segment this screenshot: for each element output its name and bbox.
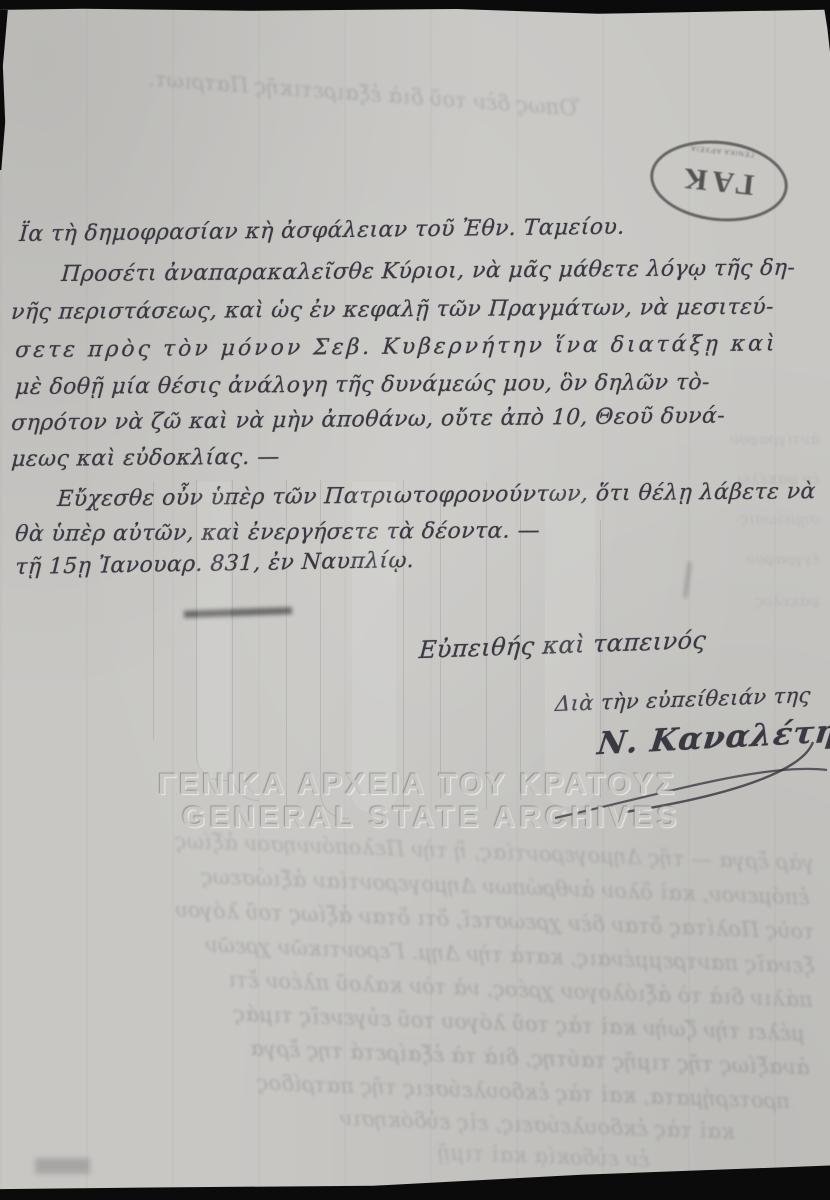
scanned-letter-page: Ὅπως δὲν τοῦ διὰ ἐξαιρετικῆς Πατριωτ. ΓΑ… [0,0,830,1200]
handwritten-line: μὲ δοθῇ μία θέσις ἀνάλογη τῆς δυνάμεώς μ… [14,370,710,400]
handwritten-line: νῆς περιστάσεως, καὶ ὡς ἐν κεφαλῇ τῶν Πρ… [10,295,774,325]
bleedthrough-margin-note: ἀντίγραφον [690,430,820,448]
handwritten-line: Προσέτι ἀναπαρακαλεῖσθε Κύριοι, νὰ μᾶς μ… [60,256,795,287]
emblem-bar [440,490,441,798]
emblem-bar [153,482,154,740]
handwritten-line: Ϊα τὴ δημοφρασίαν κὴ ἀσφάλειαν τοῦ Ἐθν. … [19,215,626,247]
emblem-bar [286,480,287,810]
bleedthrough-margin-note: ἐν φακέλῳ [700,470,820,488]
scanner-edge-top [0,0,830,15]
emblem-ribbon [198,482,230,778]
bleedthrough-margin-note: ἔγγραφον [700,550,820,568]
gak-stamp-label: ΓΑΚ [677,160,760,202]
gak-stamp-rim-text: ΓΕΝΙΚΑ ΑΡΧΕΙΑ [656,140,788,161]
emblem-bar [232,480,259,801]
bleedthrough-margin-note: φάκελος [705,592,820,610]
emblem-bar [403,480,404,810]
archive-watermark-greek: ΓΕΝΙΚΑ ΑΡΧΕΙΑ ΤΟΥ ΚΡΑΤΟΥΣ [158,768,677,802]
gak-stamp: ΓΑΚ ΓΕΝΙΚΑ ΑΡΧΕΙΑ [646,134,792,228]
scanner-edge-bottom [0,1158,830,1200]
handwritten-line: σηρότον νὰ ζῶ καὶ νὰ μὴν ἀποθάνω, οὔτε ἀ… [11,404,726,436]
emblem-bar [600,520,601,798]
bleedthrough-top-line: Ὅπως δὲν τοῦ διὰ ἐξαιρετικῆς Πατριωτ. [100,63,581,120]
ink-mark [684,562,691,598]
handwritten-line: μεως καὶ εὐδοκλίας. — [10,445,280,472]
archive-watermark-english: GENERAL STATE ARCHIVES [182,801,681,835]
bleedthrough-margin-note: σημείωσις [695,510,820,528]
handwritten-line: θὰ ὑπὲρ αὐτῶν, καὶ ἐνεργήσετε τὰ δέοντα.… [14,518,540,547]
bottom-left-smudge [35,1158,90,1174]
emblem-bar [486,482,487,810]
emblem-bar [520,500,521,800]
emblem-ribbon [352,482,396,812]
scanner-edge-left [0,10,13,170]
handwritten-line: σετε πρὸς τὸν μόνον Σεβ. Κυβερνήτην ἵνα … [14,331,778,363]
emblem-ribbon [545,490,595,806]
